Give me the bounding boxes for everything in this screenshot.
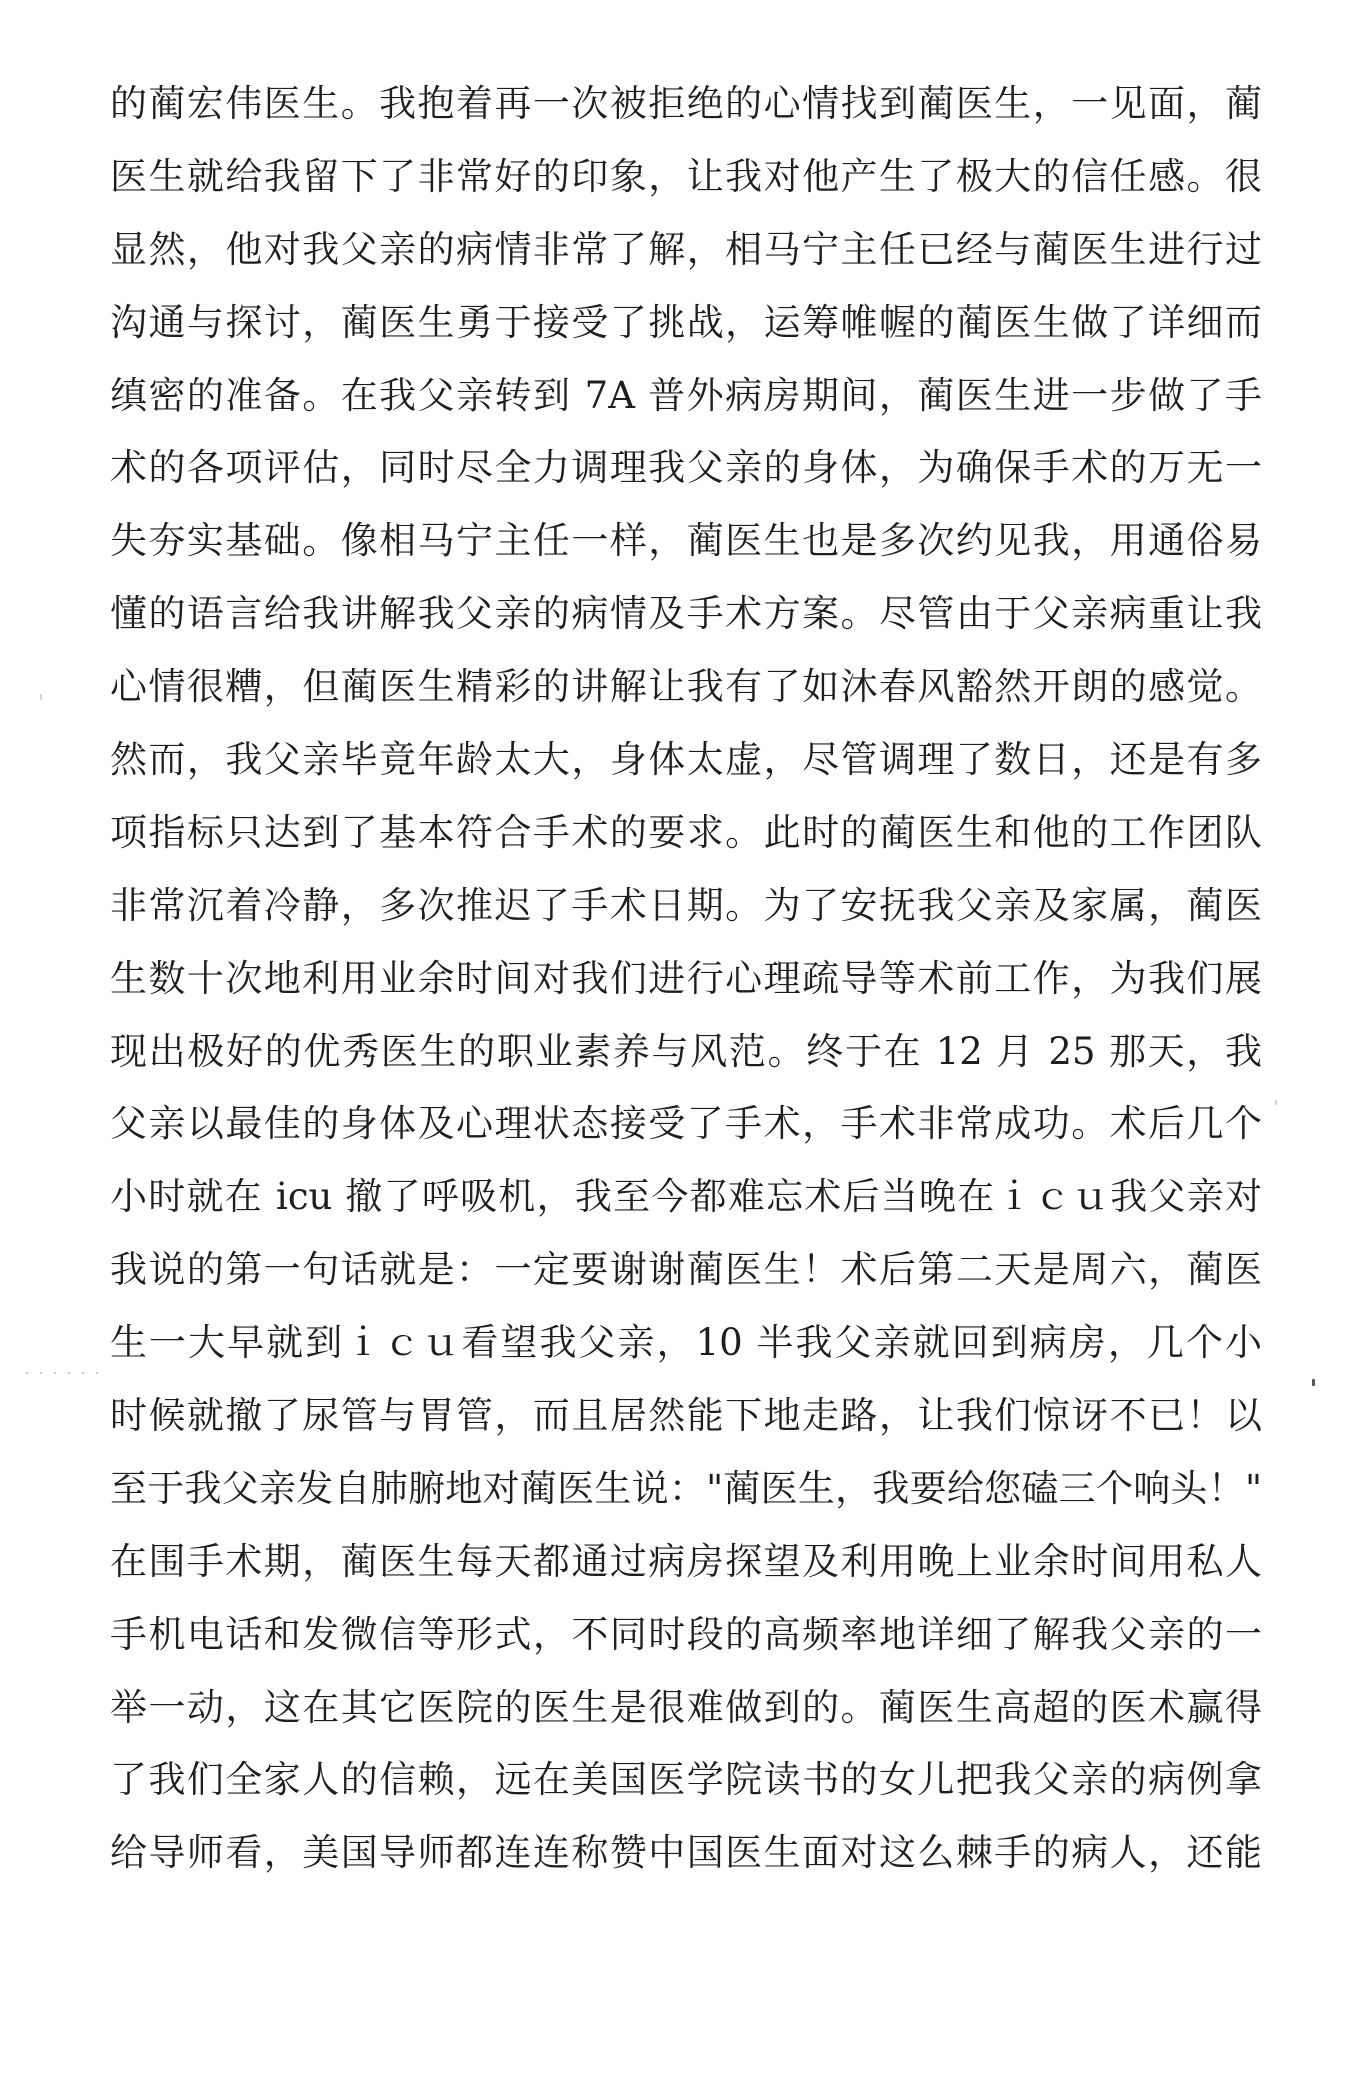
text-line-11: 项指标只达到了基本符合手术的要求。此时的蔺医生和他的工作团队 (110, 811, 1262, 884)
text-line-20: 至于我父亲发自肺腑地对蔺医生说："蔺医生，我要给您磕三个响头！" (110, 1467, 1262, 1540)
text-line-8: 懂的语言给我讲解我父亲的病情及手术方案。尽管由于父亲病重让我 (110, 592, 1262, 665)
text-line-13: 生数十次地利用业余时间对我们进行心理疏导等术前工作，为我们展 (110, 957, 1262, 1030)
text-line-19: 时候就撤了尿管与胃管，而且居然能下地走路，让我们惊讶不已！以 (110, 1394, 1262, 1467)
text-line-12: 非常沉着冷静，多次推迟了手术日期。为了安抚我父亲及家属，蔺医 (110, 884, 1262, 957)
text-line-15: 父亲以最佳的身体及心理状态接受了手术，手术非常成功。术后几个 (110, 1102, 1262, 1175)
text-line-10: 然而，我父亲毕竟年龄太大，身体太虚，尽管调理了数日，还是有多 (110, 738, 1262, 811)
text-line-25: 给导师看，美国导师都连连称赞中国医生面对这么棘手的病人，还能 (110, 1831, 1262, 1904)
scanned-page: 的蔺宏伟医生。我抱着再一次被拒绝的心情找到蔺医生，一见面，蔺 医生就给我留下了非… (0, 0, 1360, 2093)
text-line-21: 在围手术期，蔺医生每天都通过病房探望及利用晚上业余时间用私人 (110, 1540, 1262, 1613)
text-line-5: 缜密的准备。在我父亲转到 7A 普外病房期间，蔺医生进一步做了手 (110, 374, 1262, 447)
text-line-17: 我说的第一句话就是：一定要谢谢蔺医生！术后第二天是周六，蔺医 (110, 1248, 1262, 1321)
text-line-3: 显然，他对我父亲的病情非常了解，相马宁主任已经与蔺医生进行过 (110, 228, 1262, 301)
scan-artifact-speck-2 (40, 694, 42, 700)
text-line-22: 手机电话和发微信等形式，不同时段的高频率地详细了解我父亲的一 (110, 1613, 1262, 1686)
letter-body: 的蔺宏伟医生。我抱着再一次被拒绝的心情找到蔺医生，一见面，蔺 医生就给我留下了非… (110, 82, 1262, 1904)
text-line-16: 小时就在 icu 撤了呼吸机，我至今都难忘术后当晚在ｉｃｕ我父亲对 (110, 1175, 1262, 1248)
text-line-23: 举一动，这在其它医院的医生是很难做到的。蔺医生高超的医术赢得 (110, 1686, 1262, 1759)
text-line-1: 的蔺宏伟医生。我抱着再一次被拒绝的心情找到蔺医生，一见面，蔺 (110, 82, 1262, 155)
scan-artifact-dots (20, 1372, 110, 1374)
text-line-14: 现出极好的优秀医生的职业素养与风范。终于在 12 月 25 那天，我 (110, 1030, 1262, 1103)
text-line-18: 生一大早就到ｉｃｕ看望我父亲，10 半我父亲就回到病房，几个小 (110, 1321, 1262, 1394)
text-line-7: 失夯实基础。像相马宁主任一样，蔺医生也是多次约见我，用通俗易 (110, 519, 1262, 592)
text-line-9: 心情很糟，但蔺医生精彩的讲解让我有了如沐春风豁然开朗的感觉。 (110, 665, 1262, 738)
scan-artifact-speck-3 (1275, 1100, 1277, 1105)
text-line-6: 术的各项评估，同时尽全力调理我父亲的身体，为确保手术的万无一 (110, 446, 1262, 519)
text-line-4: 沟通与探讨，蔺医生勇于接受了挑战，运筹帷幄的蔺医生做了详细而 (110, 301, 1262, 374)
text-line-24: 了我们全家人的信赖，远在美国医学院读书的女儿把我父亲的病例拿 (110, 1758, 1262, 1831)
scan-artifact-speck (1312, 1379, 1315, 1386)
text-line-2: 医生就给我留下了非常好的印象，让我对他产生了极大的信任感。很 (110, 155, 1262, 228)
